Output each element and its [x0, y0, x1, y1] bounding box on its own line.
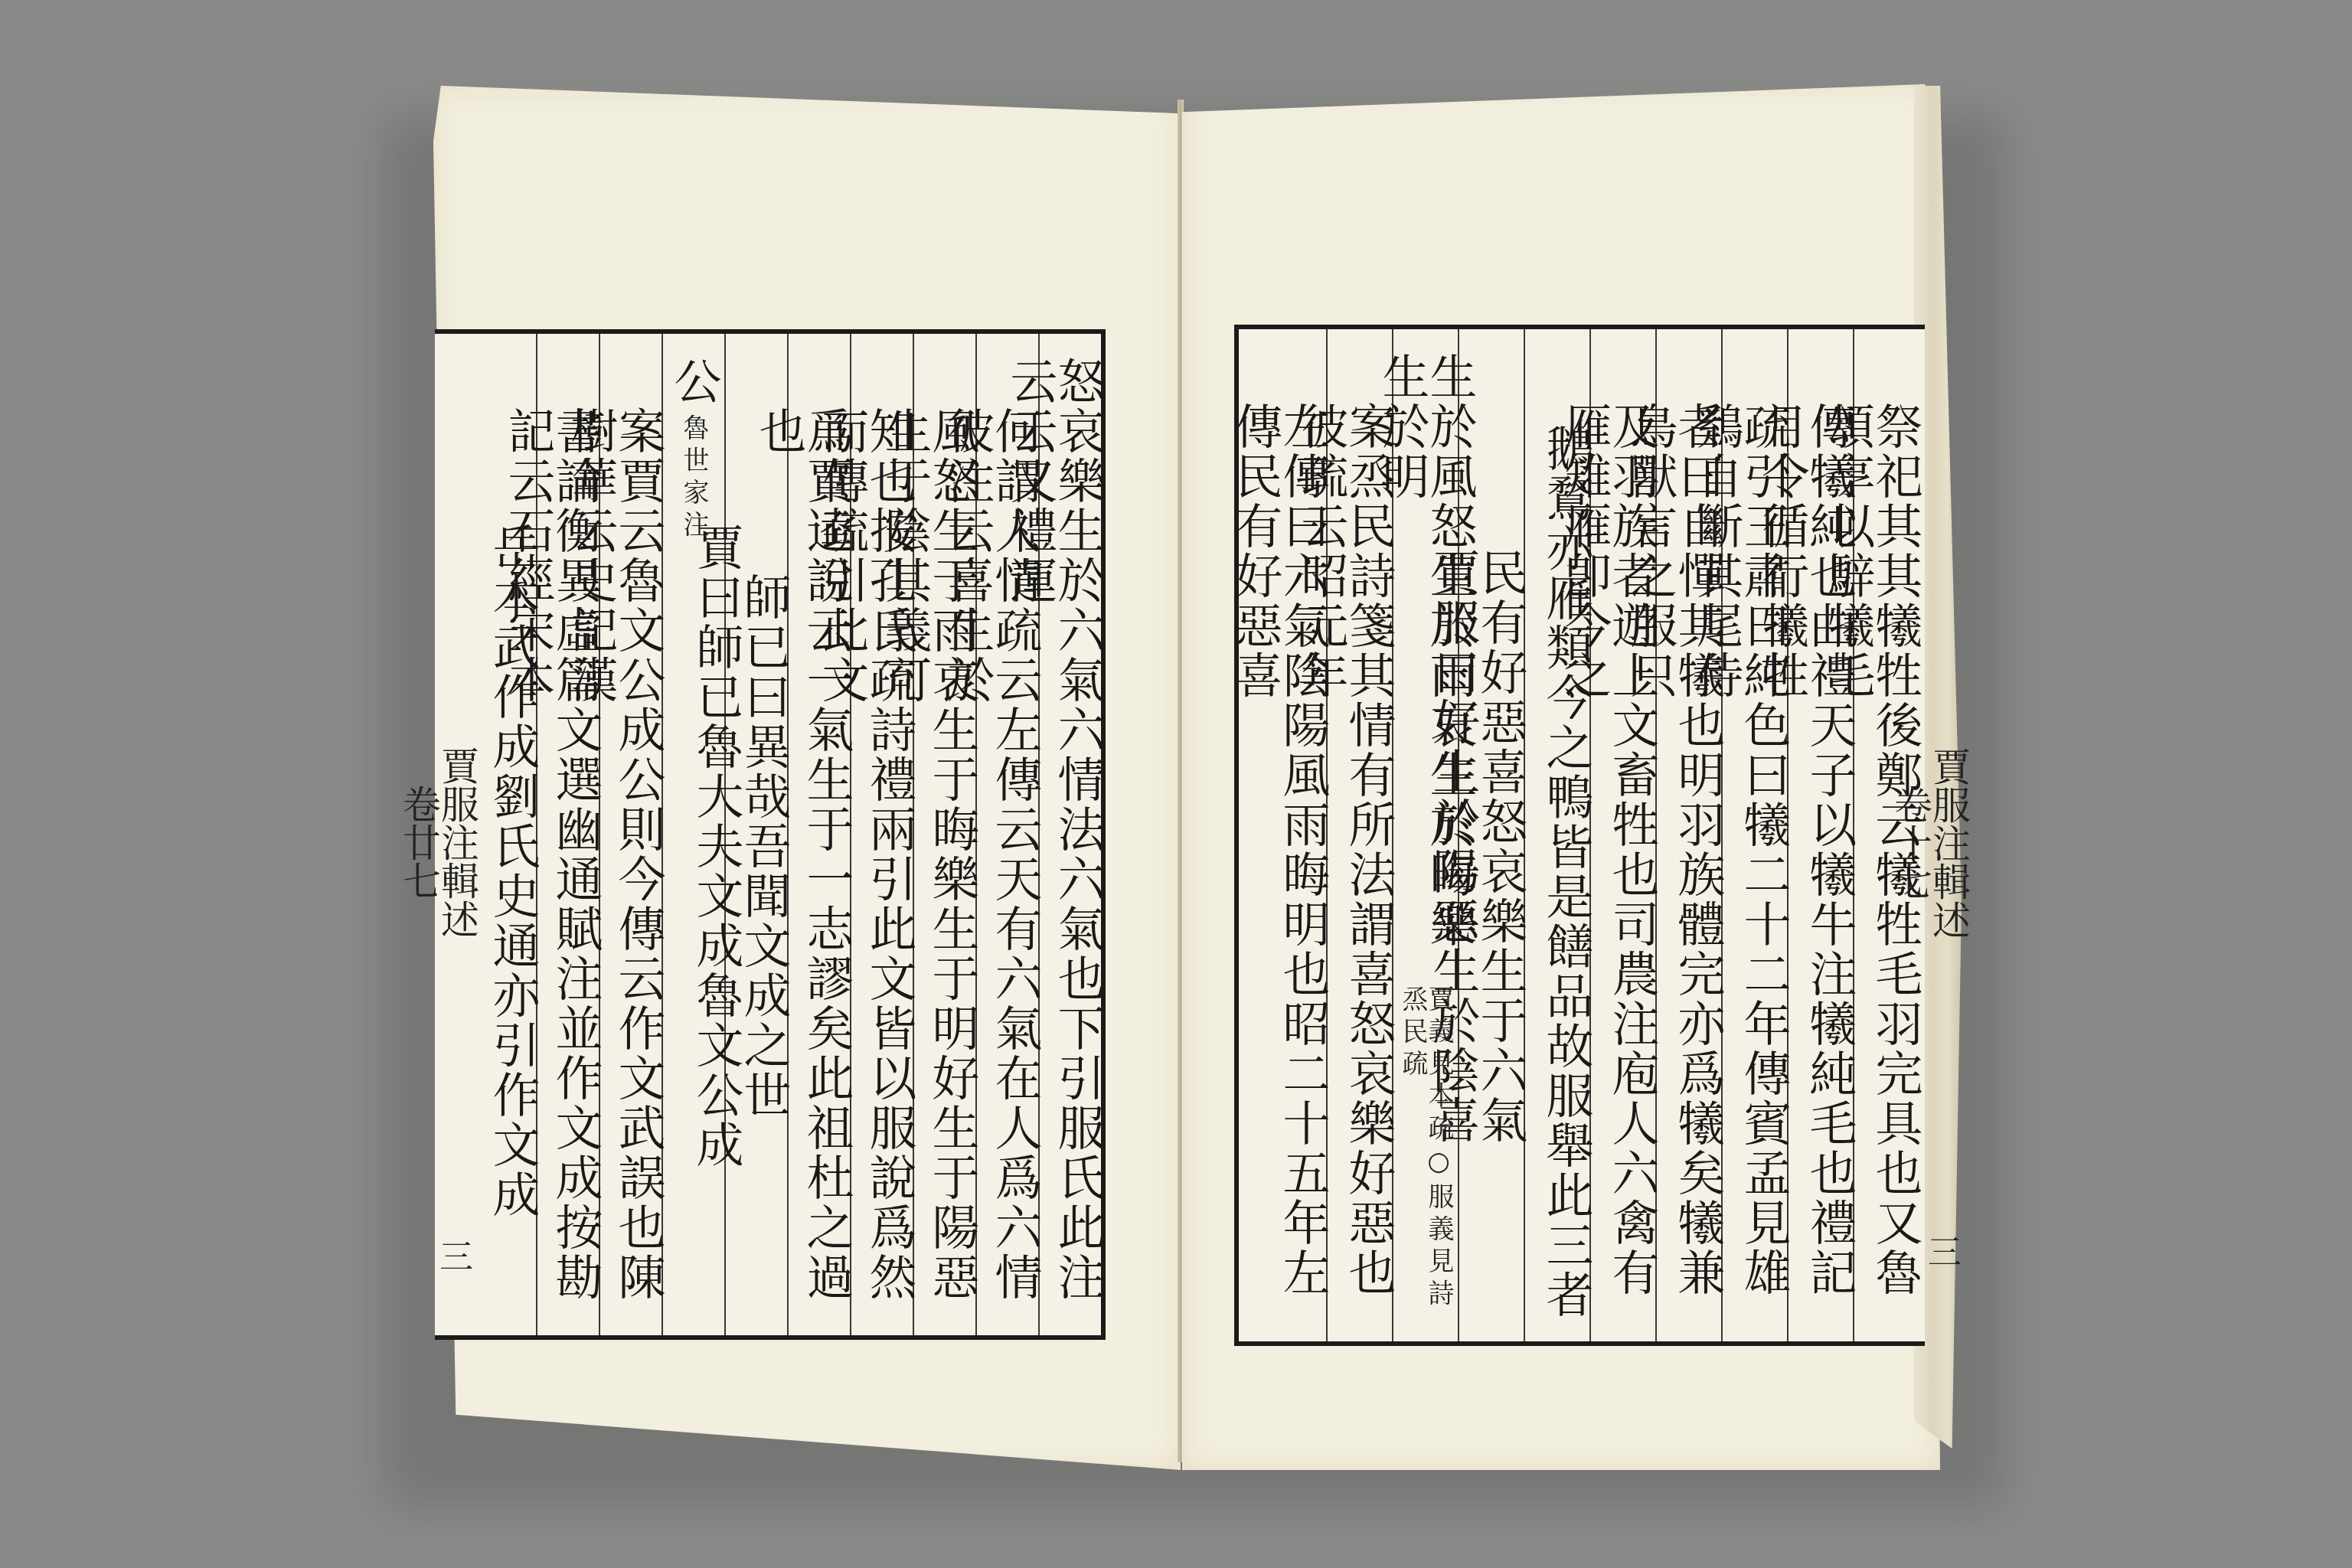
- text-column: 岳本武作成劉氏史通亦引作文成: [478, 334, 536, 1335]
- text-column: 風怒生于雨哀生于晦樂生于明好生于陽惡生于陰其義可: [913, 334, 975, 1335]
- text-column: 鵝鶩亦雁類今之鴨皆是饍品故服舉此三者: [1524, 329, 1589, 1341]
- right-page-margin-label: 賈服注輯述 卷十七: [1925, 329, 1968, 1341]
- left-page-margin-label: 賈服注輯述 卷廿七: [433, 334, 476, 1335]
- text-column: 生於風怒生於雨哀生於晦樂生於明 賈義見本疏○服義見詩烝民疏: [1392, 329, 1458, 1341]
- right-page-columns: 祭祀其其犧牲後鄭云犧牲毛羽完具也又魯頌享以騂犧毛 傳犧純也曲禮天子以犧牛注犧純毛…: [1260, 329, 1919, 1341]
- text-column: 案烝民詩箋其情有所法謂喜怒哀樂好惡也彼疏云昭元年: [1326, 329, 1392, 1341]
- right-margin-title: 賈服注輯述: [1929, 747, 1968, 939]
- text-column: 知也按孔氏疏詩禮兩引此文皆以服說爲然而傳疏引此文: [850, 334, 913, 1335]
- left-page-text-frame: 賈服注輯述 卷廿七 三 怒哀樂生於六氣六情法六氣也下引服氏此注云云又禮運 何謂人…: [435, 329, 1106, 1340]
- interlinear-note: 魯世家注: [681, 414, 707, 543]
- left-page-columns: 怒哀樂生於六氣六情法六氣也下引服氏此注云云又禮運 何謂人情疏云左傳云天有六氣在人…: [478, 334, 1101, 1335]
- text-column: 何謂人情疏云左傳云天有六氣在人爲六情彼注云喜生於: [975, 334, 1038, 1335]
- text-column: 祭祀其其犧牲後鄭云犧牲毛羽完具也又魯頌享以騂犧毛: [1853, 329, 1919, 1341]
- text-column: 者曰自憚其犧也明羽族體完亦爲犧矣犧兼鳥獸言之服只: [1655, 329, 1721, 1341]
- text-column: 及羽族者遊上文畜牲也司農注庖人六禽有雁雉雁卽今之: [1589, 329, 1655, 1341]
- right-page-folio-number: 三: [1928, 1225, 1962, 1274]
- text-column: 傳犧純也曲禮天子以犧牛注犧純毛也禮記月令循行犧牲: [1787, 329, 1853, 1341]
- left-page-folio-number: 三: [439, 1230, 473, 1279]
- text-column: 案賈云魯文公成公則今傳云作文武誤也陳樹華云史記漢: [599, 334, 661, 1335]
- text-column: 書論衡異虛篇文選幽通賦注並作文成按勘記云石經宋本: [536, 334, 599, 1335]
- text-column: 爲賈逵說云一氣生于一志謬矣此祖杜之過也: [787, 334, 850, 1335]
- right-page-text-frame: 賈服注輯述 卷十七 三 祭祀其其犧牲後鄭云犧牲毛羽完具也又魯頌享以騂犧毛 傳犧純…: [1234, 325, 1925, 1346]
- left-margin-volume: 卷廿七: [400, 785, 438, 900]
- interlinear-note: 賈義見本疏○服義見詩烝民疏: [1400, 985, 1452, 1341]
- text-column: 怒哀樂生於六氣六情法六氣也下引服氏此注云云又禮運: [1038, 334, 1101, 1335]
- text-column: 公 魯世家注: [661, 334, 724, 1335]
- text-column: 師已曰異哉吾聞文成之世 賈曰師已魯大夫文成魯文公成: [724, 334, 787, 1335]
- left-margin-title: 賈服注輯述: [438, 746, 476, 938]
- text-column: 左傳曰六氣陰陽風雨晦明也昭二十五年左傳民有好惡喜: [1260, 329, 1326, 1341]
- text-column: 疏引王肅曰純色曰犧二十二年傳賓孟見雄鷄自斷其尾侍: [1721, 329, 1787, 1341]
